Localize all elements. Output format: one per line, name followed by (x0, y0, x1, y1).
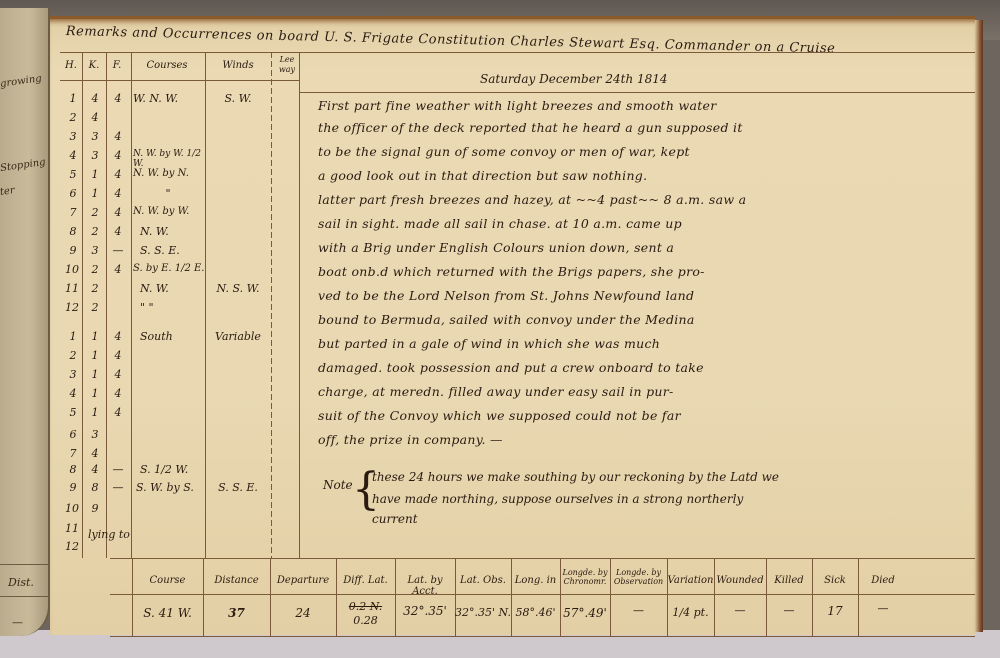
hour-cell: 4 (66, 149, 80, 162)
fathoms-cell: 4 (111, 187, 125, 200)
note-line: these 24 hours we make southing by our r… (372, 470, 779, 484)
knots-cell: 2 (88, 301, 102, 314)
knots-cell: 1 (88, 387, 102, 400)
footer-value-sick: 17 (812, 604, 858, 618)
knots-cell: 1 (88, 330, 102, 343)
knots-cell: 3 (88, 149, 102, 162)
footer-bottom-rule (110, 636, 975, 637)
footer-header-long-chronometer: Longde. by Chronomr. (560, 568, 610, 586)
fathoms-cell: 4 (111, 368, 125, 381)
footer-column-rule (714, 558, 715, 636)
footer-header-course: Course (132, 575, 203, 586)
remark-line: off, the prize in company. — (318, 432, 503, 447)
wind-cell: S. W. (208, 92, 268, 105)
knots-cell: 3 (88, 244, 102, 257)
knots-cell: 2 (88, 225, 102, 238)
remark-line: bound to Bermuda, sailed with convoy und… (318, 312, 695, 327)
footer-header-killed: Killed (766, 575, 812, 586)
note-label: Note (323, 478, 353, 492)
footer-header-died: Died (858, 575, 908, 586)
left-page-rule (0, 564, 48, 565)
column-rule (205, 52, 206, 558)
fathoms-cell: 4 (111, 349, 125, 362)
course-cell: N. W. (140, 225, 200, 238)
footer-header-long-observation: Longde. by Observation (610, 568, 667, 586)
hour-cell: 6 (66, 428, 80, 441)
footer-column-rule (395, 558, 396, 636)
remark-line: to be the signal gun of some convoy or m… (318, 144, 690, 159)
footer-header-diff-lat: Diff. Lat. (336, 575, 395, 586)
course-cell: South (140, 330, 200, 343)
footer-column-rule (667, 558, 668, 636)
footer-value-course: S. 41 W. (132, 606, 203, 620)
fathoms-cell: — (111, 481, 125, 494)
footer-column-rule (511, 558, 512, 636)
hour-cell: 1 (66, 92, 80, 105)
column-rule (131, 52, 132, 558)
course-cell: N. W. by W. (133, 206, 203, 217)
remark-line: boat onb.d which returned with the Brigs… (318, 264, 705, 279)
left-page-rule (0, 596, 48, 597)
note-line: have made northing, suppose ourselves in… (372, 492, 743, 506)
fathoms-cell: 4 (111, 168, 125, 181)
column-header-rule (60, 80, 300, 81)
hour-cell: 3 (66, 130, 80, 143)
remark-line: a good look out in that direction but sa… (318, 168, 647, 183)
course-cell: S. 1/2 W. (140, 463, 200, 476)
remark-line: the officer of the deck reported that he… (318, 120, 743, 135)
hour-cell: 7 (66, 447, 80, 460)
hour-cell: 9 (66, 244, 80, 257)
hour-cell: 12 (64, 301, 80, 314)
course-cell: S. S. E. (140, 244, 200, 257)
hour-cell: 5 (66, 406, 80, 419)
footer-value-long-observation: — (610, 604, 667, 617)
hour-cell: 10 (64, 502, 80, 515)
hour-cell: 4 (66, 387, 80, 400)
knots-cell: 1 (88, 368, 102, 381)
knots-cell: 4 (88, 92, 102, 105)
left-page-text: ter (0, 185, 15, 198)
fathoms-cell: 4 (111, 130, 125, 143)
footer-column-rule (270, 558, 271, 636)
course-cell: " " (140, 301, 200, 314)
column-rule (299, 52, 300, 558)
footer-value-distance: 37 (203, 606, 270, 620)
footer-column-rule (132, 558, 133, 636)
hour-cell: 11 (64, 522, 80, 535)
fathoms-cell: 4 (111, 330, 125, 343)
footer-column-rule (812, 558, 813, 636)
column-header-knots: K. (85, 60, 103, 71)
knots-cell: 9 (88, 502, 102, 515)
hour-cell: 12 (64, 540, 80, 553)
fathoms-cell: 4 (111, 225, 125, 238)
footer-header-variation: Variation (667, 575, 714, 586)
left-page-text: growing (0, 73, 42, 90)
footer-value-diff-lat: 0.28 (336, 614, 395, 627)
left-page-dist-header: Dist. (8, 576, 34, 589)
hour-cell: 2 (66, 111, 80, 124)
column-header-fathoms: F. (108, 60, 126, 71)
fathoms-cell: 4 (111, 149, 125, 162)
footer-top-rule (110, 558, 975, 559)
column-header-winds: Winds (208, 60, 268, 71)
footer-header-rule (110, 594, 975, 595)
left-page-dist-value: — (12, 616, 23, 629)
column-rule (106, 52, 107, 558)
footer-header-sick: Sick (812, 575, 858, 586)
course-cell: S. by E. 1/2 E. (133, 263, 205, 274)
fathoms-cell: — (111, 463, 125, 476)
footer-header-long-in: Long. in (511, 575, 560, 586)
fathoms-cell: 4 (111, 92, 125, 105)
remark-line: ved to be the Lord Nelson from St. Johns… (318, 288, 694, 303)
course-cell: S. W. by S. (136, 481, 202, 494)
remark-line: suit of the Convoy which we supposed cou… (318, 408, 681, 423)
knots-cell: 1 (88, 187, 102, 200)
footer-header-lat-by-acct: Lat. by Acct. (395, 575, 455, 597)
column-rule (82, 52, 83, 558)
remark-line: latter part fresh breezes and hazey, at … (318, 192, 746, 207)
note-line: current (372, 512, 418, 526)
course-cell: N. W. by N. (133, 168, 203, 179)
footer-column-rule (203, 558, 204, 636)
footer-header-departure: Departure (270, 575, 336, 586)
fathoms-cell: 4 (111, 406, 125, 419)
footer-column-rule (858, 558, 859, 636)
log-date: Saturday December 24th 1814 (480, 72, 668, 86)
fathoms-cell: 4 (111, 263, 125, 276)
left-page-text: Stopping (0, 157, 46, 174)
left-page-fragment: growing Stopping ter Dist. — (0, 8, 50, 636)
hour-cell: 1 (66, 330, 80, 343)
knots-cell: 4 (88, 463, 102, 476)
footer-value-lat-by-acct: 32°.35' (395, 604, 455, 618)
remark-line: First part fine weather with light breez… (318, 98, 717, 113)
knots-cell: 3 (88, 428, 102, 441)
remark-line: sail in sight. made all sail in chase. a… (318, 216, 682, 231)
wind-cell: Variable (208, 330, 268, 343)
knots-cell: 4 (88, 111, 102, 124)
date-rule (300, 92, 975, 93)
footer-column-rule (766, 558, 767, 636)
footer-value-departure: 24 (270, 606, 336, 620)
lying-to-note: lying to (88, 528, 138, 541)
column-rule (271, 52, 272, 558)
hour-cell: 7 (66, 206, 80, 219)
remark-line: but parted in a gale of wind in which sh… (318, 336, 660, 351)
footer-column-rule (455, 558, 456, 636)
knots-cell: 3 (88, 130, 102, 143)
hour-cell: 10 (64, 263, 80, 276)
hour-cell: 2 (66, 349, 80, 362)
knots-cell: 1 (88, 168, 102, 181)
knots-cell: 1 (88, 406, 102, 419)
page-edge (975, 20, 983, 632)
knots-cell: 4 (88, 447, 102, 460)
fathoms-cell: — (111, 244, 125, 257)
course-cell: N. W. by W. 1/2 W. (133, 149, 213, 169)
footer-value-long-chronometer: 57°.49' (560, 606, 610, 620)
hour-cell: 11 (64, 282, 80, 295)
footer-value-died: — (858, 602, 908, 615)
hour-cell: 9 (66, 481, 80, 494)
footer-value-lat-obs: 32°.35' N. (455, 606, 511, 619)
remark-line: with a Brig under English Colours union … (318, 240, 674, 255)
knots-cell: 1 (88, 349, 102, 362)
fathoms-cell: 4 (111, 206, 125, 219)
footer-value-diff-lat-struck: 0.2 N. (336, 600, 395, 613)
hour-cell: 3 (66, 368, 80, 381)
remark-line: charge, at meredn. filled away under eas… (318, 384, 674, 399)
knots-cell: 2 (88, 282, 102, 295)
hour-cell: 5 (66, 168, 80, 181)
footer-header-lat-obs: Lat. Obs. (455, 575, 511, 586)
footer-header-wounded: Wounded (714, 575, 766, 586)
column-header-leeway: Lee way (275, 55, 299, 75)
footer-header-distance: Distance (203, 575, 270, 586)
column-header-courses: Courses (132, 60, 202, 71)
wind-cell: N. S. W. (208, 282, 268, 295)
hour-cell: 6 (66, 187, 80, 200)
course-cell: " (133, 187, 203, 200)
footer-value-variation: 1/4 pt. (667, 606, 714, 619)
knots-cell: 8 (88, 481, 102, 494)
footer-value-wounded: — (714, 604, 766, 617)
knots-cell: 2 (88, 206, 102, 219)
header-rule (60, 52, 975, 53)
course-cell: N. W. (140, 282, 200, 295)
column-header-hour: H. (62, 60, 80, 71)
course-cell: W. N. W. (133, 92, 203, 105)
footer-value-killed: — (766, 604, 812, 617)
fathoms-cell: 4 (111, 387, 125, 400)
wind-cell: S. S. E. (208, 481, 268, 494)
knots-cell: 2 (88, 263, 102, 276)
remark-line: damaged. took possession and put a crew … (318, 360, 704, 375)
hour-cell: 8 (66, 463, 80, 476)
footer-value-long-in: 58°.46' (511, 606, 560, 619)
hour-cell: 8 (66, 225, 80, 238)
